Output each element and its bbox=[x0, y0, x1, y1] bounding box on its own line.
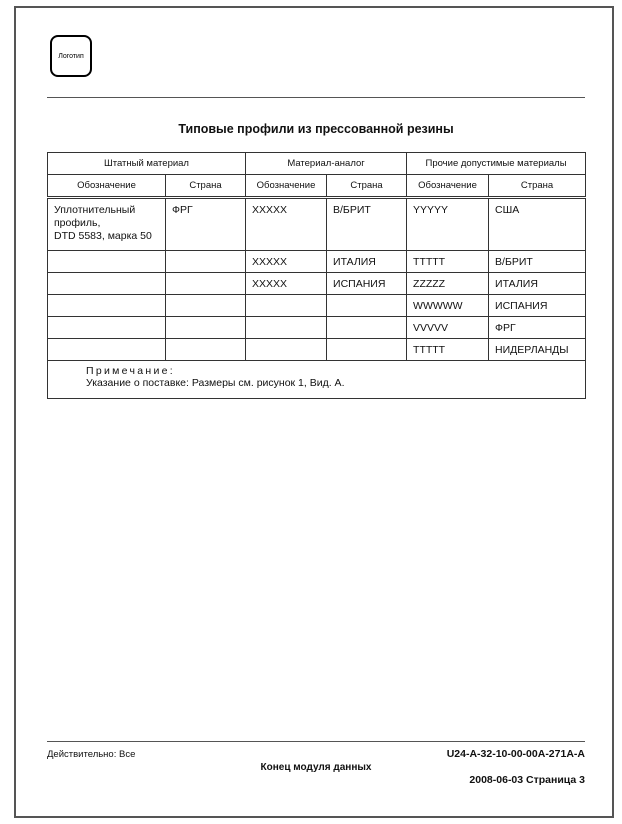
table-cell: ФРГ bbox=[166, 198, 246, 251]
table-note-row: Примечание: Указание о поставке: Размеры… bbox=[48, 361, 586, 399]
table-cell bbox=[246, 339, 327, 361]
table-cell: ИТАЛИЯ bbox=[327, 251, 407, 273]
column-header: Страна bbox=[166, 175, 246, 198]
table-cell bbox=[48, 273, 166, 295]
footer-divider bbox=[47, 741, 585, 742]
table-cell: ИСПАНИЯ bbox=[327, 273, 407, 295]
column-header: Страна bbox=[489, 175, 586, 198]
table-cell: XXXXX bbox=[246, 198, 327, 251]
header-divider bbox=[47, 97, 585, 98]
table-cell: XXXXX bbox=[246, 251, 327, 273]
table-cell bbox=[48, 295, 166, 317]
column-header: Обозначение bbox=[246, 175, 327, 198]
table-cell bbox=[166, 251, 246, 273]
table-row: VVVVV ФРГ bbox=[48, 317, 586, 339]
table-cell: VVVVV bbox=[407, 317, 489, 339]
column-header: Обозначение bbox=[48, 175, 166, 198]
applicability: Действительно: Все bbox=[47, 749, 135, 760]
note-text: Указание о поставке: Размеры см. рисунок… bbox=[86, 377, 579, 389]
table-cell bbox=[48, 339, 166, 361]
table-cell: В/БРИТ bbox=[327, 198, 407, 251]
materials-table: Штатный материал Материал-аналог Прочие … bbox=[47, 152, 586, 399]
table-cell: ФРГ bbox=[489, 317, 586, 339]
table-cell: WWWWW bbox=[407, 295, 489, 317]
table-cell: TTTTT bbox=[407, 339, 489, 361]
column-header: Обозначение bbox=[407, 175, 489, 198]
end-of-module: Конец модуля данных bbox=[47, 762, 585, 773]
table-cell bbox=[48, 251, 166, 273]
data-module-code: U24-A-32-10-00-00A-271A-A bbox=[447, 748, 585, 760]
table-cell bbox=[166, 339, 246, 361]
table-cell bbox=[48, 317, 166, 339]
group-header: Материал-аналог bbox=[246, 153, 407, 175]
group-header: Прочие допустимые материалы bbox=[407, 153, 586, 175]
table-cell bbox=[166, 273, 246, 295]
table-cell: Уплотнительный профиль, DTD 5583, марка … bbox=[48, 198, 166, 251]
logo-text: Логотип bbox=[58, 53, 84, 60]
table-cell: YYYYY bbox=[407, 198, 489, 251]
table-row: TTTTT НИДЕРЛАНДЫ bbox=[48, 339, 586, 361]
table-subheader: Обозначение Страна Обозначение Страна Об… bbox=[48, 175, 586, 198]
table-cell: TTTTT bbox=[407, 251, 489, 273]
table-cell bbox=[166, 295, 246, 317]
table-cell: В/БРИТ bbox=[489, 251, 586, 273]
table-cell bbox=[327, 295, 407, 317]
date-page: 2008-06-03 Страница 3 bbox=[469, 774, 585, 786]
note-label: Примечание: bbox=[86, 365, 579, 377]
column-header: Страна bbox=[327, 175, 407, 198]
table-row: Уплотнительный профиль, DTD 5583, марка … bbox=[48, 198, 586, 251]
table-cell: ИТАЛИЯ bbox=[489, 273, 586, 295]
table-title: Типовые профили из прессованной резины bbox=[47, 122, 585, 136]
table-cell bbox=[327, 317, 407, 339]
logo: Логотип bbox=[50, 35, 92, 77]
table-cell: НИДЕРЛАНДЫ bbox=[489, 339, 586, 361]
table-cell: ZZZZZ bbox=[407, 273, 489, 295]
table-row: XXXXX ИСПАНИЯ ZZZZZ ИТАЛИЯ bbox=[48, 273, 586, 295]
table-cell: XXXXX bbox=[246, 273, 327, 295]
table-cell bbox=[246, 317, 327, 339]
table-row: XXXXX ИТАЛИЯ TTTTT В/БРИТ bbox=[48, 251, 586, 273]
table-cell bbox=[327, 339, 407, 361]
table-note: Примечание: Указание о поставке: Размеры… bbox=[48, 361, 586, 399]
table-group-header: Штатный материал Материал-аналог Прочие … bbox=[48, 153, 586, 175]
table-cell bbox=[166, 317, 246, 339]
table-cell bbox=[246, 295, 327, 317]
table-cell: США bbox=[489, 198, 586, 251]
group-header: Штатный материал bbox=[48, 153, 246, 175]
table-row: WWWWW ИСПАНИЯ bbox=[48, 295, 586, 317]
table-cell: ИСПАНИЯ bbox=[489, 295, 586, 317]
